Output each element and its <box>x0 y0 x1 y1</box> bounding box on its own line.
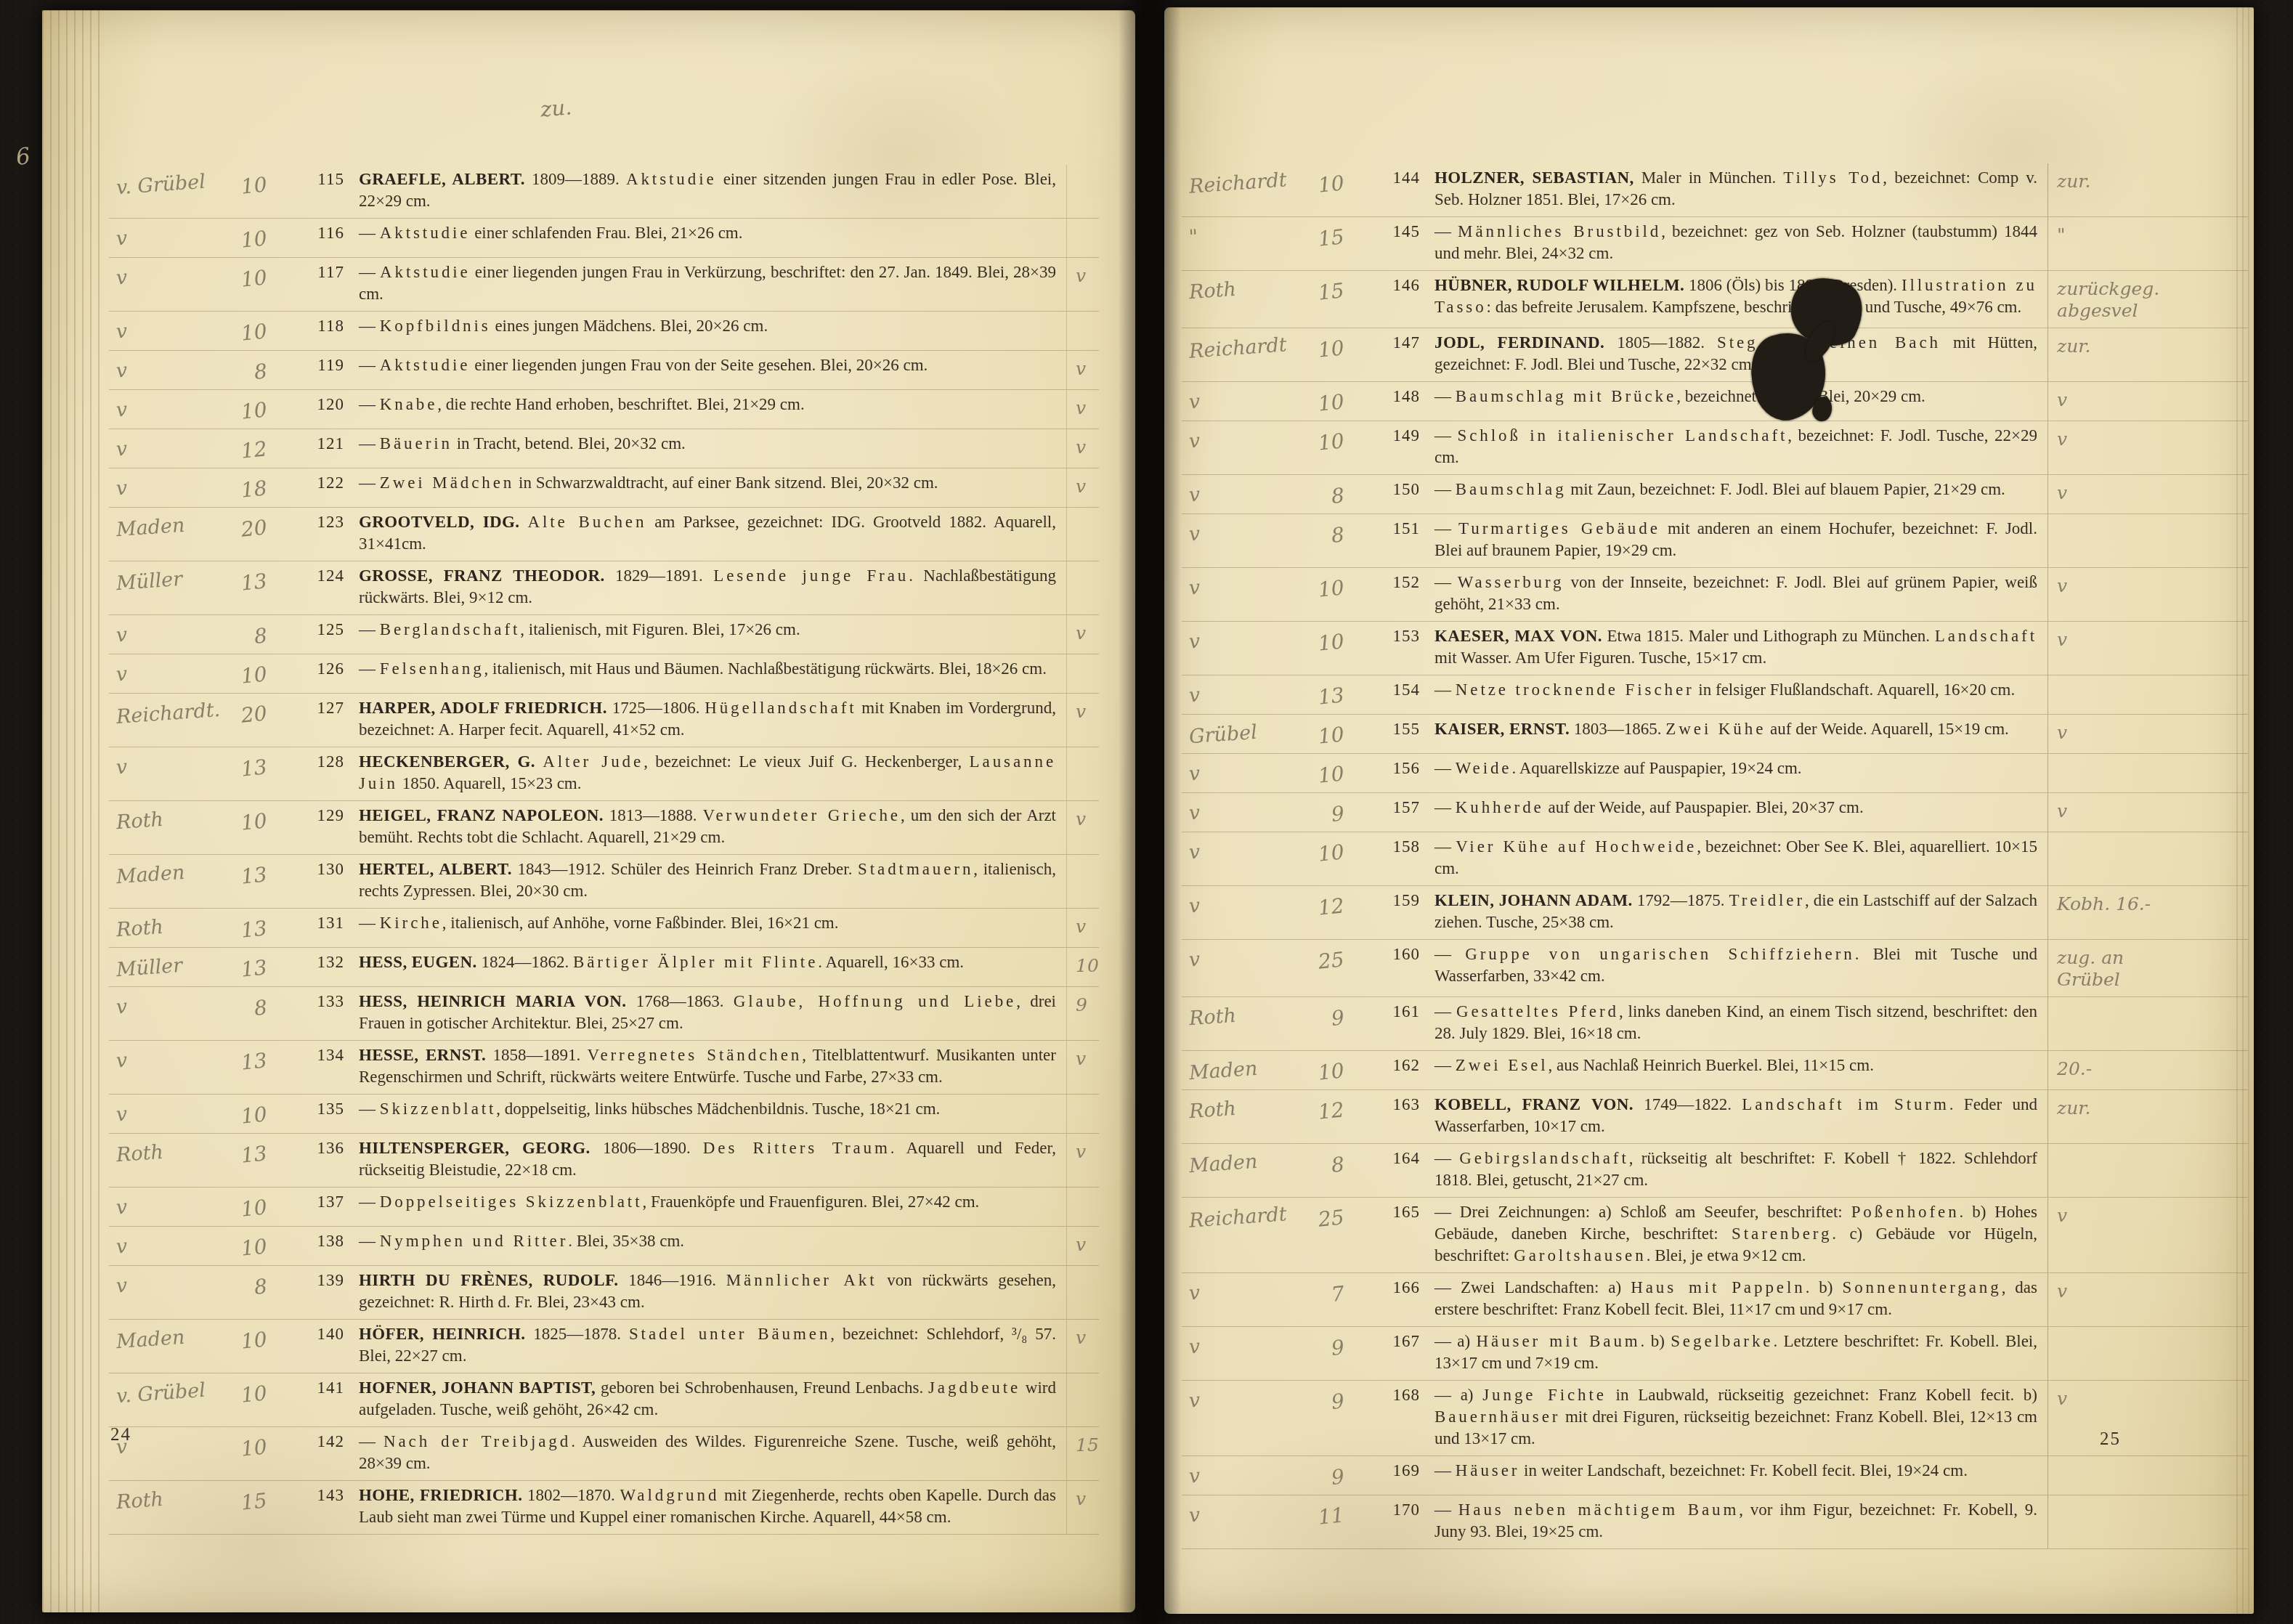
left-margin-annotation: v 10 <box>1182 832 1363 885</box>
right-margin-annotation <box>1066 219 1099 257</box>
catalog-entry-row: Müller 13 132 HESS, EUGEN. 1824—1862. Bä… <box>109 948 1099 987</box>
left-margin-annotation: Reichardt 10 <box>1182 328 1363 381</box>
left-page: zu. v. Grübel 10 115 GRAEFLE, ALBERT. 18… <box>42 10 1135 1612</box>
left-margin-annotation: v 9 <box>1182 793 1363 832</box>
catalog-entry-row: Maden 10 162 — Zwei Esel, aus Nachlaß He… <box>1182 1051 2248 1090</box>
entry-text-run: , doppelseitig, links hübsches Mädchenbi… <box>496 1100 940 1118</box>
annotation-name: Roth <box>1188 1004 1237 1030</box>
entry-text: JODL, FERDINAND. 1805—1882. Steg über ei… <box>1434 328 2037 381</box>
entry-text-run: geboren bei Schrobenhausen, Freund Lenba… <box>596 1379 928 1397</box>
work-title-spaced: Nach der Treibjagd <box>383 1432 571 1450</box>
entry-number: 130 <box>296 855 349 908</box>
right-margin-annotation: v <box>2048 421 2248 474</box>
top-right-annotation: zu. <box>540 94 573 122</box>
work-title-spaced: Kopfbildnis <box>380 317 491 335</box>
entry-text-run: — Drei Zeichnungen: a) Schloß am Seeufer… <box>1434 1203 1851 1221</box>
entry-text: HESSE, ERNST. 1858—1891. Verregnetes Stä… <box>359 1041 1056 1094</box>
right-margin-annotation: zur. <box>2048 163 2248 216</box>
right-margin-annotation: 9 <box>1066 987 1099 1040</box>
entry-text-run: 1802—1870. <box>522 1486 620 1504</box>
work-title-spaced: Kirche <box>380 914 442 932</box>
annotation-name: v <box>1188 1282 1201 1305</box>
entry-text-run: 1749—1822. <box>1633 1095 1742 1113</box>
entry-text-run: . Aquarellskizze auf Pauspapier, 19×24 c… <box>1511 759 1801 777</box>
work-title-spaced: Doppelseitiges Skizzenblatt <box>380 1193 643 1211</box>
entry-text-run: — <box>1434 1002 1456 1020</box>
annotation-price: 9 <box>1330 1335 1345 1360</box>
right-margin-annotation: v <box>1066 429 1099 468</box>
annotation-price: 13 <box>240 1048 269 1075</box>
entry-text-run: — <box>359 356 380 374</box>
artist-name: HÜBNER, RUDOLF WILHELM. <box>1434 276 1684 294</box>
annotation-name: v <box>115 756 128 779</box>
left-margin-annotation: Reichardt. 20 <box>109 694 286 747</box>
entry-number: 124 <box>296 561 349 614</box>
right-margin-annotation: v <box>1066 258 1099 311</box>
left-margin-annotation: v 18 <box>109 468 286 507</box>
work-title-spaced: Glaube, Hoffnung und Liebe <box>734 992 1017 1010</box>
entry-text-run: — <box>1434 387 1456 405</box>
catalog-entry-row: Maden 10 140 HÖFER, HEINRICH. 1825—1878.… <box>109 1320 1099 1373</box>
left-margin-annotation: Maden 10 <box>1182 1051 1363 1089</box>
entry-text-run: in Tracht, betend. Blei, 20×32 cm. <box>452 434 686 452</box>
entry-text-run: 1803—1865. <box>1570 720 1665 738</box>
entry-number: 122 <box>296 468 349 507</box>
entry-text: — Männliches Brustbild, bezeichnet: gez … <box>1434 217 2037 270</box>
annotation-name: Maden <box>115 514 185 542</box>
entry-number: 160 <box>1373 940 1424 996</box>
left-margin-annotation: v 10 <box>1182 622 1363 675</box>
entry-number: 116 <box>296 219 349 257</box>
entry-text-run: eines jungen Mädchens. Blei, 20×26 cm. <box>491 317 768 335</box>
entry-text: — Haus neben mächtigem Baum, vor ihm Fig… <box>1434 1495 2037 1548</box>
right-margin-annotation: v <box>1066 615 1099 654</box>
work-title-spaced: Gebirgslandschaft <box>1459 1149 1628 1167</box>
right-margin-annotation: v <box>1066 1320 1099 1373</box>
work-title-spaced: Gesatteltes Pferd <box>1456 1002 1619 1020</box>
annotation-name: " <box>1188 226 1199 249</box>
annotation-name: v <box>1188 630 1201 654</box>
annotation-name: v <box>115 624 128 647</box>
entry-text: — a) Junge Fichte in Laubwald, rückseiti… <box>1434 1381 2037 1455</box>
right-page: Reichardt 10 144 HOLZNER, SEBASTIAN, Mal… <box>1164 7 2254 1614</box>
annotation-name: v <box>115 438 128 461</box>
catalog-entry-row: v 8 119 — Aktstudie einer liegenden jung… <box>109 351 1099 390</box>
annotation-name: v <box>115 227 128 251</box>
left-margin-annotation: v 10 <box>109 654 286 693</box>
artist-name: KLEIN, JOHANN ADAM. <box>1434 891 1633 909</box>
annotation-name: v <box>115 1235 128 1259</box>
work-title-spaced: Skizzenblatt <box>380 1100 497 1118</box>
catalog-entry-row: Müller 13 124 GROSSE, FRANZ THEODOR. 182… <box>109 561 1099 615</box>
entry-text: — Turmartiges Gebäude mit anderen an ein… <box>1434 514 2037 567</box>
work-title-spaced: Weide <box>1456 759 1512 777</box>
entry-number: 153 <box>1373 622 1424 675</box>
left-margin-annotation: v. Grübel 10 <box>109 1373 286 1426</box>
left-margin-annotation: v 10 <box>109 219 286 257</box>
artist-name: HOHE, FRIEDRICH. <box>359 1486 522 1504</box>
entry-number: 151 <box>1373 514 1424 567</box>
annotation-name: v <box>1188 949 1201 972</box>
annotation-price: 13 <box>1318 683 1346 710</box>
entry-text-run: , aus Nachlaß Heinrich Buerkel. Blei, 11… <box>1549 1056 1874 1074</box>
right-margin-annotation <box>2048 675 2248 714</box>
left-margin-annotation: Reichardt 25 <box>1182 1198 1363 1272</box>
work-title-spaced: Alte Buchen <box>527 513 646 531</box>
annotation-price: 10 <box>240 226 269 253</box>
artist-name: HEIGEL, FRANZ NAPOLEON. <box>359 806 604 824</box>
entry-number: 156 <box>1373 754 1424 792</box>
left-margin-annotation: Roth 9 <box>1182 997 1363 1050</box>
entry-text-run: . Blei, 35×38 cm. <box>568 1232 684 1250</box>
work-title-spaced: Knabe <box>380 395 438 413</box>
entry-number: 126 <box>296 654 349 693</box>
annotation-name: v <box>1188 802 1201 825</box>
entry-text-run: — <box>1434 759 1456 777</box>
right-margin-annotation: v <box>2048 475 2248 513</box>
left-margin-annotation: v 13 <box>109 1041 286 1094</box>
entry-text-run: — <box>1434 480 1456 498</box>
entry-text-run: — <box>359 914 380 932</box>
annotation-price: 8 <box>253 359 268 384</box>
annotation-name: Reichardt <box>1188 169 1287 198</box>
entry-number: 138 <box>296 1227 349 1265</box>
entry-text-run: — <box>1434 1461 1456 1479</box>
annotation-name: v <box>1188 895 1201 918</box>
right-margin-annotation <box>1066 1266 1099 1319</box>
left-margin-annotation: v 8 <box>109 987 286 1040</box>
artist-name: HOLZNER, SEBASTIAN, <box>1434 169 1634 187</box>
entry-text-run: — <box>359 659 380 678</box>
entry-text-run: 1806 (Öls) bis 1882 (Dresden). <box>1684 276 1902 294</box>
catalog-entry-row: v. Grübel 10 115 GRAEFLE, ALBERT. 1809—1… <box>109 165 1099 219</box>
right-margin-annotation: v <box>2048 715 2248 753</box>
entry-text-run: — <box>359 474 380 492</box>
left-margin-annotation: v 25 <box>1182 940 1363 996</box>
page-number-left: 24 <box>110 1425 131 1445</box>
entry-number: 154 <box>1373 675 1424 714</box>
entry-text-run: 1825—1878. <box>525 1325 629 1343</box>
entry-number: 121 <box>296 429 349 468</box>
annotation-price: 10 <box>1318 575 1346 602</box>
entry-text-run: 1850. Aquarell, 15×23 cm. <box>398 774 582 792</box>
right-margin-annotation: 20.- <box>2048 1051 2248 1089</box>
catalog-entry-row: v 10 137 — Doppelseitiges Skizzenblatt, … <box>109 1187 1099 1227</box>
entry-text-run: — <box>1434 837 1456 856</box>
entry-text-run: — Zwei Landschaften: a) <box>1434 1278 1631 1296</box>
left-margin-annotation: Maden 10 <box>109 1320 286 1373</box>
entry-text-run: — <box>1434 1501 1458 1519</box>
annotation-price: 8 <box>253 995 268 1020</box>
entry-text: — Kirche, italienisch, auf Anhöhe, vorne… <box>359 909 1056 947</box>
entry-number: 129 <box>296 801 349 854</box>
annotation-name: v <box>115 1275 128 1298</box>
entry-number: 136 <box>296 1134 349 1187</box>
entry-text-run: einer schlafenden Frau. Blei, 21×26 cm. <box>470 224 742 242</box>
left-margin-annotation: Roth 10 <box>109 801 286 854</box>
entry-number: 143 <box>296 1481 349 1534</box>
annotation-price: 13 <box>240 1141 269 1168</box>
annotation-price: 8 <box>253 1274 268 1299</box>
entry-number: 127 <box>296 694 349 747</box>
catalog-entry-row: Reichardt 10 144 HOLZNER, SEBASTIAN, Mal… <box>1182 163 2248 217</box>
catalog-entry-row: v 12 159 KLEIN, JOHANN ADAM. 1792—1875. … <box>1182 886 2248 940</box>
catalog-entry-list: v. Grübel 10 115 GRAEFLE, ALBERT. 1809—1… <box>42 10 1135 1535</box>
right-margin-annotation: v <box>2048 622 2248 675</box>
cover-handwritten-number: 6 <box>15 143 33 171</box>
entry-number: 117 <box>296 258 349 311</box>
catalog-entry-row: Maden 13 130 HERTEL, ALBERT. 1843—1912. … <box>109 855 1099 909</box>
entry-number: 163 <box>1373 1090 1424 1143</box>
entry-text: HESS, HEINRICH MARIA VON. 1768—1863. Gla… <box>359 987 1056 1040</box>
annotation-name: v <box>1188 763 1201 786</box>
entry-text-run: Maler in München. <box>1634 169 1784 187</box>
right-margin-annotation <box>1066 747 1099 800</box>
entry-text: HILTENSPERGER, GEORG. 1806—1890. Des Rit… <box>359 1134 1056 1187</box>
entry-text-run: . b) <box>1806 1278 1843 1296</box>
entry-number: 125 <box>296 615 349 654</box>
artist-name: GROOTVELD, IDG. <box>359 513 519 531</box>
artist-name: HIRTH DU FRÈNES, RUDOLF. <box>359 1271 618 1289</box>
right-margin-annotation: v <box>1066 694 1099 747</box>
artist-name: HESS, HEINRICH MARIA VON. <box>359 992 626 1010</box>
entry-text-run: — <box>359 1193 380 1211</box>
annotation-name: v. Grübel <box>115 1379 206 1408</box>
right-margin-annotation: v <box>1066 351 1099 389</box>
annotation-price: 10 <box>240 1381 269 1408</box>
left-margin-annotation: v 9 <box>1182 1456 1363 1495</box>
entry-text-run: , italienisch, mit Haus und Bäumen. Nach… <box>484 659 1047 678</box>
catalog-entry-row: v 9 157 — Kuhherde auf der Weide, auf Pa… <box>1182 793 2248 832</box>
work-title-spaced: Häuser <box>1456 1461 1520 1479</box>
catalog-entry-row: Roth 15 143 HOHE, FRIEDRICH. 1802—1870. … <box>109 1481 1099 1535</box>
catalog-entry-row: Reichardt. 20 127 HARPER, ADOLF FRIEDRIC… <box>109 694 1099 747</box>
left-margin-annotation: v 8 <box>109 615 286 654</box>
annotation-price: 10 <box>1318 171 1346 198</box>
right-margin-annotation: v <box>1066 468 1099 507</box>
catalog-entry-row: v 8 125 — Berglandschaft, italienisch, m… <box>109 615 1099 654</box>
entry-text-run: 1858—1891. <box>486 1046 587 1064</box>
annotation-name: v <box>115 360 128 383</box>
entry-text: — Schloß in italienischer Landschaft, be… <box>1434 421 2037 474</box>
entry-text: — Drei Zeichnungen: a) Schloß am Seeufer… <box>1434 1198 2037 1272</box>
entry-number: 157 <box>1373 793 1424 832</box>
right-margin-annotation: v <box>1066 1227 1099 1265</box>
catalog-entry-row: v 10 138 — Nymphen und Ritter. Blei, 35×… <box>109 1227 1099 1266</box>
catalog-entry-row: v 18 122 — Zwei Mädchen in Schwarzwaldtr… <box>109 468 1099 508</box>
right-margin-annotation: 15 <box>1066 1427 1099 1480</box>
right-margin-annotation <box>1066 1095 1099 1133</box>
entry-text-run: , bezeichnet: Le vieux Juif G. Heckenber… <box>644 752 969 771</box>
catalog-entry-row: v 10 153 KAESER, MAX VON. Etwa 1815. Mal… <box>1182 622 2248 675</box>
work-title-spaced: Starenberg <box>1732 1225 1832 1243</box>
right-margin-annotation <box>1066 654 1099 693</box>
catalog-entry-row: v 10 118 — Kopfbildnis eines jungen Mädc… <box>109 312 1099 351</box>
work-title-spaced: Bauernhäuser <box>1434 1408 1560 1426</box>
entry-text: — Baumschlag mit Zaun, bezeichnet: F. Jo… <box>1434 475 2037 513</box>
entry-text: — Nach der Treibjagd. Ausweiden des Wild… <box>359 1427 1056 1480</box>
annotation-name: v <box>1188 577 1201 600</box>
work-title-spaced: Zwei Esel <box>1456 1056 1549 1074</box>
catalog-entry-row: v 13 128 HECKENBERGER, G. Alter Jude, be… <box>109 747 1099 801</box>
entry-text-run: — <box>1434 1149 1459 1167</box>
right-margin-annotation: v <box>2048 568 2248 621</box>
right-margin-annotation: v <box>2048 1381 2248 1455</box>
right-margin-annotation <box>2048 997 2248 1050</box>
entry-text-run: in felsiger Flußlandschaft. Aquarell, 16… <box>1695 681 2016 699</box>
entry-text-run: in Laubwald, rückseitig gezeichnet: Fran… <box>1607 1386 2037 1404</box>
entry-text: — Gruppe von ungarischen Schiffziehern. … <box>1434 940 2037 996</box>
left-margin-annotation: v 10 <box>109 1187 286 1226</box>
annotation-price: 8 <box>1330 1152 1345 1177</box>
annotation-price: 10 <box>240 1234 269 1261</box>
entry-number: 134 <box>296 1041 349 1094</box>
catalog-entry-row: v 11 170 — Haus neben mächtigem Baum, vo… <box>1182 1495 2248 1549</box>
right-margin-annotation: 10 <box>1066 948 1099 986</box>
entry-text-run: — a) <box>1434 1386 1482 1404</box>
work-title-spaced: Männliches Brustbild <box>1458 222 1661 240</box>
entry-number: 144 <box>1373 163 1424 216</box>
work-title-spaced: Netze trocknende Fischer <box>1456 681 1695 699</box>
entry-number: 162 <box>1373 1051 1424 1089</box>
catalog-entry-row: v 13 154 — Netze trocknende Fischer in f… <box>1182 675 2248 715</box>
annotation-price: 10 <box>240 1102 269 1129</box>
annotation-price: 10 <box>1318 336 1346 362</box>
work-title-spaced: Haus neben mächtigem Baum <box>1458 1501 1739 1519</box>
artist-name: HOFNER, JOHANN BAPTIST, <box>359 1379 596 1397</box>
annotation-price: 10 <box>1318 1058 1346 1085</box>
right-margin-annotation: Kobh. 16.- <box>2048 886 2248 939</box>
catalog-entry-row: v 10 120 — Knabe, die rechte Hand erhobe… <box>109 390 1099 429</box>
catalog-entry-row: v 7 166 — Zwei Landschaften: a) Haus mit… <box>1182 1273 2248 1327</box>
annotation-name: Müller <box>115 954 183 981</box>
catalog-entry-row: v 10 148 — Baumschlag mit Brücke, bezeic… <box>1182 382 2248 421</box>
annotation-name: v <box>115 996 128 1019</box>
work-title-spaced: Segelbarke <box>1671 1332 1773 1350</box>
entry-text: — Bäuerin in Tracht, betend. Blei, 20×32… <box>359 429 1056 468</box>
annotation-name: Reichardt. <box>115 699 221 728</box>
left-margin-annotation: v 7 <box>1182 1273 1363 1326</box>
left-margin-annotation: Roth 12 <box>1182 1090 1363 1143</box>
left-margin-annotation: v 10 <box>1182 568 1363 621</box>
entry-text-run: 1725—1806. <box>607 699 705 717</box>
left-margin-annotation: v 12 <box>109 429 286 468</box>
entry-text: — Zwei Landschaften: a) Haus mit Pappeln… <box>1434 1273 2037 1326</box>
entry-text-run: — <box>1434 1056 1456 1074</box>
entry-text-run: — <box>359 434 380 452</box>
catalog-entry-row: v 10 152 — Wasserburg von der Innseite, … <box>1182 568 2248 622</box>
work-title-spaced: Lesende junge Frau <box>713 567 909 585</box>
entry-text-run: in Schwarzwaldtracht, auf einer Bank sit… <box>514 474 938 492</box>
annotation-name: v <box>1188 1465 1201 1488</box>
work-title-spaced: Gruppe von ungarischen Schiffziehern <box>1465 945 1854 963</box>
entry-number: 165 <box>1373 1198 1424 1272</box>
catalog-entry-list: Reichardt 10 144 HOLZNER, SEBASTIAN, Mal… <box>1164 7 2254 1549</box>
entry-text: — Gebirgslandschaft, rückseitig alt besc… <box>1434 1144 2037 1197</box>
work-title-spaced: Haus mit Pappeln <box>1631 1278 1805 1296</box>
left-margin-annotation: " 15 <box>1182 217 1363 270</box>
entry-number: 123 <box>296 508 349 561</box>
left-margin-annotation: v 13 <box>1182 675 1363 714</box>
catalog-entry-row: Roth 13 131 — Kirche, italienisch, auf A… <box>109 909 1099 948</box>
artist-name: HILTENSPERGER, GEORG. <box>359 1139 591 1157</box>
entry-number: 166 <box>1373 1273 1424 1326</box>
left-margin-annotation: v 10 <box>109 1427 286 1480</box>
entry-number: 148 <box>1373 382 1424 421</box>
annotation-price: 18 <box>240 476 269 503</box>
artist-name: KAISER, ERNST. <box>1434 720 1570 738</box>
catalog-entry-row: Roth 10 129 HEIGEL, FRANZ NAPOLEON. 1813… <box>109 801 1099 855</box>
right-margin-annotation: v <box>1066 1481 1099 1534</box>
annotation-name: Grübel <box>1188 721 1258 748</box>
annotation-name: v <box>1188 391 1201 414</box>
artist-name: KAESER, MAX VON. <box>1434 627 1602 645</box>
work-title-spaced: Jagdbeute <box>928 1379 1020 1397</box>
left-margin-annotation: Roth 15 <box>109 1481 286 1534</box>
work-title-spaced: Landschaft <box>1935 627 2037 645</box>
annotation-name: v <box>1188 841 1201 864</box>
catalog-entry-row: Grübel 10 155 KAISER, ERNST. 1803—1865. … <box>1182 715 2248 754</box>
annotation-name: Roth <box>115 916 164 941</box>
annotation-price: 9 <box>1330 801 1345 827</box>
entry-text-run: — <box>1434 519 1458 537</box>
entry-text-run: 1805—1882. <box>1604 333 1717 352</box>
entry-number: 149 <box>1373 421 1424 474</box>
entry-text-run: — <box>1434 798 1456 816</box>
entry-text-run: — <box>1434 426 1458 444</box>
artist-name: GROSSE, FRANZ THEODOR. <box>359 567 605 585</box>
entry-number: 147 <box>1373 328 1424 381</box>
annotation-price: 15 <box>1318 278 1346 305</box>
entry-number: 170 <box>1373 1495 1424 1548</box>
annotation-name: Roth <box>115 1488 164 1514</box>
catalog-entry-row: v 8 139 HIRTH DU FRÈNES, RUDOLF. 1846—19… <box>109 1266 1099 1320</box>
work-title-spaced: Verregnetes Ständchen <box>587 1046 802 1064</box>
left-margin-annotation: v 10 <box>109 1227 286 1265</box>
artist-name: HERTEL, ALBERT. <box>359 860 512 878</box>
artist-name: HARPER, ADOLF FRIEDRICH. <box>359 699 607 717</box>
entry-number: 141 <box>296 1373 349 1426</box>
right-margin-annotation: v <box>1066 1134 1099 1187</box>
entry-number: 115 <box>296 165 349 218</box>
entry-text: KLEIN, JOHANN ADAM. 1792—1875. Treidler,… <box>1434 886 2037 939</box>
entry-text-run: 1846—1916. <box>618 1271 726 1289</box>
annotation-price: 8 <box>1330 483 1345 508</box>
work-title-spaced: Häuser mit Baum <box>1477 1332 1641 1350</box>
left-margin-annotation: Roth 13 <box>109 1134 286 1187</box>
entry-text-run: — <box>359 317 380 335</box>
entry-text-run: — <box>359 620 380 638</box>
entry-text: — Aktstudie einer liegenden jungen Frau … <box>359 258 1056 311</box>
entry-text: — Weide. Aquarellskizze auf Pauspapier, … <box>1434 754 2037 792</box>
work-title-spaced: Vier Kühe auf Hochweide <box>1456 837 1697 856</box>
entry-text: HÜBNER, RUDOLF WILHELM. 1806 (Öls) bis 1… <box>1434 271 2037 328</box>
work-title-spaced: Aktstudie <box>380 263 471 281</box>
annotation-price: 10 <box>240 397 269 424</box>
right-margin-annotation <box>1066 165 1099 218</box>
catalog-entry-row: v 13 134 HESSE, ERNST. 1858—1891. Verreg… <box>109 1041 1099 1095</box>
right-margin-annotation: zurückgeg. abgesvel <box>2048 271 2248 328</box>
entry-number: 169 <box>1373 1456 1424 1495</box>
entry-text: HOFNER, JOHANN BAPTIST, geboren bei Schr… <box>359 1373 1056 1426</box>
annotation-price: 15 <box>1318 224 1346 251</box>
work-title-spaced: Poßenhofen <box>1851 1203 1960 1221</box>
entry-text-run: mit Zaun, bezeichnet: F. Jodl. Blei auf … <box>1567 480 2005 498</box>
left-margin-annotation: v 8 <box>109 1266 286 1319</box>
annotation-price: 12 <box>1318 1097 1346 1124</box>
left-margin-annotation: v 10 <box>109 312 286 350</box>
entry-number: 119 <box>296 351 349 389</box>
